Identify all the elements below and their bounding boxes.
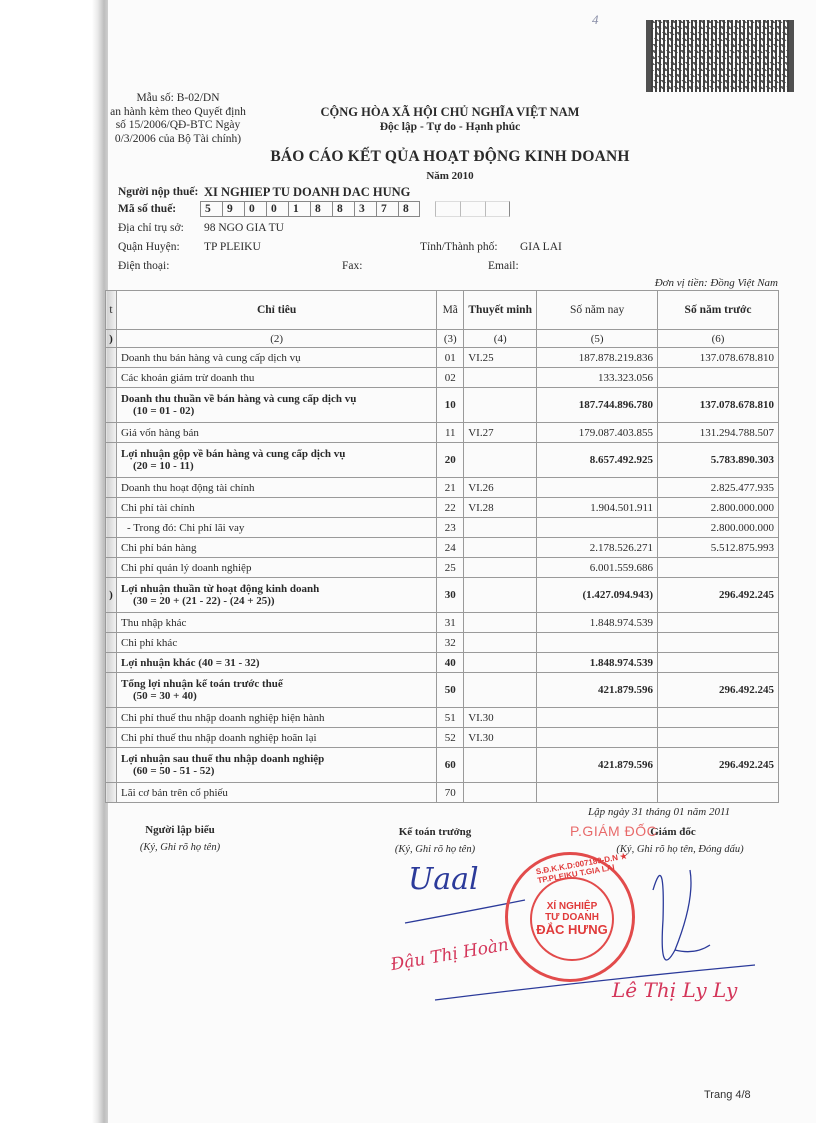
indicator-label: Tổng lợi nhuận kế toán trước thuế bbox=[121, 678, 283, 690]
row-last-year bbox=[658, 613, 779, 633]
district-label: Quận Huyện: bbox=[118, 241, 180, 253]
page-number: Trang 4/8 bbox=[704, 1089, 751, 1101]
table-row: - Trong đó: Chi phí lãi vay232.800.000.0… bbox=[106, 518, 779, 538]
row-note bbox=[464, 783, 537, 803]
row-stt bbox=[106, 518, 117, 538]
colnum-2: (2) bbox=[116, 330, 436, 348]
row-note bbox=[464, 538, 537, 558]
row-code: 70 bbox=[437, 783, 464, 803]
director-name: Lê Thị Ly Ly bbox=[612, 978, 737, 1002]
row-indicator: Lợi nhuận gộp về bán hàng và cung cấp dị… bbox=[116, 443, 436, 478]
indicator-formula: (60 = 50 - 51 - 52) bbox=[121, 765, 432, 777]
row-indicator: Lãi cơ bản trên cổ phiếu bbox=[116, 783, 436, 803]
address-value: 98 NGO GIA TU bbox=[204, 222, 284, 234]
row-last-year: 296.492.245 bbox=[658, 578, 779, 613]
row-this-year bbox=[537, 518, 658, 538]
tax-id-extra-cell bbox=[485, 201, 510, 217]
fax-label: Fax: bbox=[342, 260, 362, 272]
indicator-label: Doanh thu hoạt động tài chính bbox=[121, 482, 255, 494]
row-stt bbox=[106, 728, 117, 748]
row-stt bbox=[106, 653, 117, 673]
row-this-year: 2.178.526.271 bbox=[537, 538, 658, 558]
table-row: Chi phí khác32 bbox=[106, 633, 779, 653]
table-row: Lợi nhuận gộp về bán hàng và cung cấp dị… bbox=[106, 443, 779, 478]
row-this-year: 133.323.056 bbox=[537, 368, 658, 388]
row-stt bbox=[106, 558, 117, 578]
row-stt bbox=[106, 443, 117, 478]
row-code: 31 bbox=[437, 613, 464, 633]
row-stt bbox=[106, 423, 117, 443]
row-stt bbox=[106, 673, 117, 708]
tax-id-extra-cell bbox=[435, 201, 460, 217]
row-last-year: 5.512.875.993 bbox=[658, 538, 779, 558]
indicator-label: Doanh thu bán hàng và cung cấp dịch vụ bbox=[121, 352, 301, 364]
row-note bbox=[464, 368, 537, 388]
row-last-year: 131.294.788.507 bbox=[658, 423, 779, 443]
colnum-6: (6) bbox=[658, 330, 779, 348]
row-this-year bbox=[537, 728, 658, 748]
row-note: VI.25 bbox=[464, 348, 537, 368]
district-value: TP PLEIKU bbox=[204, 241, 261, 253]
company-stamp: S.Đ.K.K.D:007189-D.N ★ TP.PLEIKU T.GIA L… bbox=[505, 852, 635, 982]
income-statement-table: t Chỉ tiêu Mã Thuyết minh Số năm nay Số … bbox=[105, 290, 779, 803]
binding-shadow bbox=[0, 0, 110, 1123]
row-last-year: 2.800.000.000 bbox=[658, 498, 779, 518]
row-this-year: 6.001.559.686 bbox=[537, 558, 658, 578]
row-this-year bbox=[537, 708, 658, 728]
row-this-year: 187.878.219.836 bbox=[537, 348, 658, 368]
row-indicator: Chi phí quản lý doanh nghiệp bbox=[116, 558, 436, 578]
table-row: Doanh thu thuần về bán hàng và cung cấp … bbox=[106, 388, 779, 423]
tax-id-boxes: 5900188378 bbox=[200, 201, 420, 217]
row-code: 22 bbox=[437, 498, 464, 518]
row-note bbox=[464, 653, 537, 673]
tax-id-digit: 8 bbox=[398, 201, 420, 217]
row-this-year: 1.904.501.911 bbox=[537, 498, 658, 518]
province-label: Tỉnh/Thành phố: bbox=[420, 241, 498, 253]
row-this-year: (1.427.094.943) bbox=[537, 578, 658, 613]
row-indicator: Chi phí thuế thu nhập doanh nghiệp hiện … bbox=[116, 708, 436, 728]
row-stt bbox=[106, 478, 117, 498]
row-this-year: 187.744.896.780 bbox=[537, 388, 658, 423]
row-last-year bbox=[658, 558, 779, 578]
row-code: 25 bbox=[437, 558, 464, 578]
row-this-year bbox=[537, 478, 658, 498]
row-code: 60 bbox=[437, 748, 464, 783]
row-stt bbox=[106, 783, 117, 803]
indicator-label: Giá vốn hàng bán bbox=[121, 427, 199, 439]
row-stt: ) bbox=[106, 578, 117, 613]
row-note: VI.28 bbox=[464, 498, 537, 518]
row-indicator: Các khoản giảm trừ doanh thu bbox=[116, 368, 436, 388]
row-code: 20 bbox=[437, 443, 464, 478]
colnum-5: (5) bbox=[537, 330, 658, 348]
row-indicator: Lợi nhuận thuần từ hoạt động kinh doanh(… bbox=[116, 578, 436, 613]
table-row: Lãi cơ bản trên cổ phiếu70 bbox=[106, 783, 779, 803]
header-this-year: Số năm nay bbox=[537, 291, 658, 330]
row-last-year bbox=[658, 633, 779, 653]
row-code: 30 bbox=[437, 578, 464, 613]
table-row: Lợi nhuận sau thuế thu nhập doanh nghiệp… bbox=[106, 748, 779, 783]
province-value: GIA LAI bbox=[520, 241, 562, 253]
table-row: Doanh thu bán hàng và cung cấp dịch vụ01… bbox=[106, 348, 779, 368]
header-note: Thuyết minh bbox=[464, 291, 537, 330]
header-indicator: Chỉ tiêu bbox=[116, 291, 436, 330]
row-stt bbox=[106, 708, 117, 728]
row-code: 52 bbox=[437, 728, 464, 748]
preparer-subtitle: (Ký, Ghi rõ họ tên) bbox=[110, 842, 250, 853]
row-stt bbox=[106, 633, 117, 653]
indicator-formula: (50 = 30 + 40) bbox=[121, 690, 432, 702]
row-note bbox=[464, 578, 537, 613]
phone-label: Điện thoại: bbox=[118, 260, 169, 272]
taxpayer-name: XI NGHIEP TU DOANH DAC HUNG bbox=[204, 185, 410, 200]
row-note bbox=[464, 388, 537, 423]
indicator-label: Chi phí thuế thu nhập doanh nghiệp hiện … bbox=[121, 712, 324, 724]
indicator-label: Chi phí khác bbox=[121, 637, 177, 649]
row-this-year: 421.879.596 bbox=[537, 673, 658, 708]
table-row: Chi phí tài chính22VI.281.904.501.9112.8… bbox=[106, 498, 779, 518]
tax-id-digit: 5 bbox=[200, 201, 222, 217]
row-last-year bbox=[658, 368, 779, 388]
tax-id-digit: 8 bbox=[310, 201, 332, 217]
row-stt bbox=[106, 538, 117, 558]
header-stt: t bbox=[106, 291, 117, 330]
report-year: Năm 2010 bbox=[260, 170, 640, 182]
colnum-4: (4) bbox=[464, 330, 537, 348]
handwritten-page-mark: 4 bbox=[592, 12, 599, 28]
table-row: Thu nhập khác311.848.974.539 bbox=[106, 613, 779, 633]
table-row: Chi phí quản lý doanh nghiệp256.001.559.… bbox=[106, 558, 779, 578]
row-code: 51 bbox=[437, 708, 464, 728]
row-code: 40 bbox=[437, 653, 464, 673]
row-this-year: 1.848.974.539 bbox=[537, 613, 658, 633]
table-row: Chi phí thuế thu nhập doanh nghiệp hoãn … bbox=[106, 728, 779, 748]
row-this-year bbox=[537, 633, 658, 653]
row-code: 32 bbox=[437, 633, 464, 653]
row-indicator: Giá vốn hàng bán bbox=[116, 423, 436, 443]
table-row: Chi phí bán hàng242.178.526.2715.512.875… bbox=[106, 538, 779, 558]
email-label: Email: bbox=[488, 260, 519, 272]
row-code: 23 bbox=[437, 518, 464, 538]
row-last-year bbox=[658, 653, 779, 673]
table-row: Chi phí thuế thu nhập doanh nghiệp hiện … bbox=[106, 708, 779, 728]
row-code: 50 bbox=[437, 673, 464, 708]
row-stt bbox=[106, 368, 117, 388]
indicator-formula: (30 = 20 + (21 - 22) - (24 + 25)) bbox=[121, 595, 432, 607]
row-last-year bbox=[658, 728, 779, 748]
row-note bbox=[464, 673, 537, 708]
row-note bbox=[464, 748, 537, 783]
chief-accountant-title: Kế toán trưởng bbox=[365, 826, 505, 838]
row-last-year: 296.492.245 bbox=[658, 748, 779, 783]
row-last-year: 2.800.000.000 bbox=[658, 518, 779, 538]
row-indicator: Doanh thu bán hàng và cung cấp dịch vụ bbox=[116, 348, 436, 368]
indicator-label: Thu nhập khác bbox=[121, 617, 186, 629]
table-row: )Lợi nhuận thuần từ hoạt động kinh doanh… bbox=[106, 578, 779, 613]
tax-id-digit: 9 bbox=[222, 201, 244, 217]
chief-accountant-subtitle: (Ký, Ghi rõ họ tên) bbox=[365, 844, 505, 855]
indicator-label: Chi phí quản lý doanh nghiệp bbox=[121, 562, 251, 574]
tax-id-digit: 8 bbox=[332, 201, 354, 217]
row-last-year: 296.492.245 bbox=[658, 673, 779, 708]
preparer-title: Người lập biểu bbox=[110, 824, 250, 836]
indicator-label: Lợi nhuận gộp về bán hàng và cung cấp dị… bbox=[121, 448, 345, 460]
tax-id-label: Mã số thuế: bbox=[118, 203, 176, 215]
row-stt bbox=[106, 498, 117, 518]
row-stt bbox=[106, 388, 117, 423]
indicator-label: Lợi nhuận thuần từ hoạt động kinh doanh bbox=[121, 583, 319, 595]
date-line: Lập ngày 31 tháng 01 năm 2011 bbox=[588, 806, 730, 818]
row-note bbox=[464, 443, 537, 478]
address-label: Địa chỉ trụ sở: bbox=[118, 222, 184, 234]
table-row: Doanh thu hoạt động tài chính21VI.262.82… bbox=[106, 478, 779, 498]
form-code-line: số 15/2006/QĐ-BTC Ngày bbox=[110, 119, 246, 133]
row-code: 21 bbox=[437, 478, 464, 498]
row-note: VI.30 bbox=[464, 708, 537, 728]
republic-heading: CỘNG HÒA XÃ HỘI CHỦ NGHĨA VIỆT NAM bbox=[260, 105, 640, 120]
row-this-year: 421.879.596 bbox=[537, 748, 658, 783]
header-last-year: Số năm trước bbox=[658, 291, 779, 330]
national-motto: Độc lập - Tự do - Hạnh phúc bbox=[260, 121, 640, 133]
tax-id-digit: 0 bbox=[266, 201, 288, 217]
tax-id-digit: 0 bbox=[244, 201, 266, 217]
form-code-line: Mẫu số: B-02/DN bbox=[110, 92, 246, 106]
indicator-label: Chi phí thuế thu nhập doanh nghiệp hoãn … bbox=[121, 732, 317, 744]
row-note bbox=[464, 518, 537, 538]
form-code-line: 0/3/2006 của Bộ Tài chính) bbox=[110, 133, 246, 147]
stamp-top-label: P.GIÁM ĐỐC bbox=[570, 823, 657, 839]
row-last-year: 2.825.477.935 bbox=[658, 478, 779, 498]
table-row: Lợi nhuận khác (40 = 31 - 32)401.848.974… bbox=[106, 653, 779, 673]
row-this-year: 179.087.403.855 bbox=[537, 423, 658, 443]
row-stt bbox=[106, 613, 117, 633]
row-code: 02 bbox=[437, 368, 464, 388]
column-number-row: ) (2) (3) (4) (5) (6) bbox=[106, 330, 779, 348]
form-code-block: Mẫu số: B-02/DN an hành kèm theo Quyết đ… bbox=[110, 92, 246, 146]
form-code-line: an hành kèm theo Quyết định bbox=[110, 106, 246, 120]
table-row: Tổng lợi nhuận kế toán trước thuế(50 = 3… bbox=[106, 673, 779, 708]
row-this-year: 8.657.492.925 bbox=[537, 443, 658, 478]
indicator-label: Các khoản giảm trừ doanh thu bbox=[121, 372, 254, 384]
row-indicator: Chi phí bán hàng bbox=[116, 538, 436, 558]
indicator-label: Lãi cơ bản trên cổ phiếu bbox=[121, 787, 228, 799]
row-note bbox=[464, 613, 537, 633]
row-indicator: Chi phí tài chính bbox=[116, 498, 436, 518]
indicator-formula: (20 = 10 - 11) bbox=[121, 460, 432, 472]
indicator-label: Lợi nhuận khác (40 = 31 - 32) bbox=[121, 657, 260, 669]
row-code: 11 bbox=[437, 423, 464, 443]
tax-id-extra-boxes bbox=[435, 201, 510, 217]
row-last-year bbox=[658, 708, 779, 728]
row-indicator: Tổng lợi nhuận kế toán trước thuế(50 = 3… bbox=[116, 673, 436, 708]
indicator-label: Lợi nhuận sau thuế thu nhập doanh nghiệp bbox=[121, 753, 324, 765]
row-stt bbox=[106, 348, 117, 368]
barcode-2d-icon bbox=[646, 20, 794, 92]
indicator-label: Chi phí tài chính bbox=[121, 502, 195, 514]
report-title: BÁO CÁO KẾT QỦA HOẠT ĐỘNG KINH DOANH bbox=[240, 148, 660, 166]
indicator-label: - Trong đó: Chi phí lãi vay bbox=[127, 522, 244, 534]
taxpayer-name-label: Người nộp thuế: bbox=[118, 186, 198, 198]
tax-id-digit: 3 bbox=[354, 201, 376, 217]
tax-id-digit: 7 bbox=[376, 201, 398, 217]
row-note: VI.26 bbox=[464, 478, 537, 498]
row-code: 10 bbox=[437, 388, 464, 423]
tax-id-extra-cell bbox=[460, 201, 485, 217]
row-last-year: 5.783.890.303 bbox=[658, 443, 779, 478]
row-indicator: Chi phí thuế thu nhập doanh nghiệp hoãn … bbox=[116, 728, 436, 748]
table-body: Doanh thu bán hàng và cung cấp dịch vụ01… bbox=[106, 348, 779, 803]
row-this-year: 1.848.974.539 bbox=[537, 653, 658, 673]
stamp-center: XÍ NGHIỆP TƯ DOANH ĐẮC HƯNG bbox=[530, 877, 614, 961]
indicator-label: Chi phí bán hàng bbox=[121, 542, 196, 554]
row-note: VI.30 bbox=[464, 728, 537, 748]
row-note: VI.27 bbox=[464, 423, 537, 443]
row-last-year bbox=[658, 783, 779, 803]
row-note bbox=[464, 558, 537, 578]
row-indicator: Doanh thu thuần về bán hàng và cung cấp … bbox=[116, 388, 436, 423]
row-code: 24 bbox=[437, 538, 464, 558]
row-indicator: - Trong đó: Chi phí lãi vay bbox=[116, 518, 436, 538]
tax-id-digit: 1 bbox=[288, 201, 310, 217]
colnum-3: (3) bbox=[437, 330, 464, 348]
indicator-formula: (10 = 01 - 02) bbox=[121, 405, 432, 417]
row-indicator: Thu nhập khác bbox=[116, 613, 436, 633]
row-stt bbox=[106, 748, 117, 783]
row-indicator: Chi phí khác bbox=[116, 633, 436, 653]
table-header-row: t Chỉ tiêu Mã Thuyết minh Số năm nay Số … bbox=[106, 291, 779, 330]
row-note bbox=[464, 633, 537, 653]
row-this-year bbox=[537, 783, 658, 803]
indicator-label: Doanh thu thuần về bán hàng và cung cấp … bbox=[121, 393, 356, 405]
row-last-year: 137.078.678.810 bbox=[658, 348, 779, 368]
stamp-line: XÍ NGHIỆP bbox=[547, 901, 598, 912]
stamp-line: ĐẮC HƯNG bbox=[536, 923, 607, 937]
table-row: Các khoản giảm trừ doanh thu02133.323.05… bbox=[106, 368, 779, 388]
row-indicator: Lợi nhuận khác (40 = 31 - 32) bbox=[116, 653, 436, 673]
currency-note: Đơn vị tiền: Đồng Việt Nam bbox=[560, 277, 778, 289]
row-indicator: Doanh thu hoạt động tài chính bbox=[116, 478, 436, 498]
header-code: Mã bbox=[437, 291, 464, 330]
table-row: Giá vốn hàng bán11VI.27179.087.403.85513… bbox=[106, 423, 779, 443]
colnum-1: ) bbox=[106, 330, 117, 348]
row-last-year: 137.078.678.810 bbox=[658, 388, 779, 423]
row-indicator: Lợi nhuận sau thuế thu nhập doanh nghiệp… bbox=[116, 748, 436, 783]
row-code: 01 bbox=[437, 348, 464, 368]
